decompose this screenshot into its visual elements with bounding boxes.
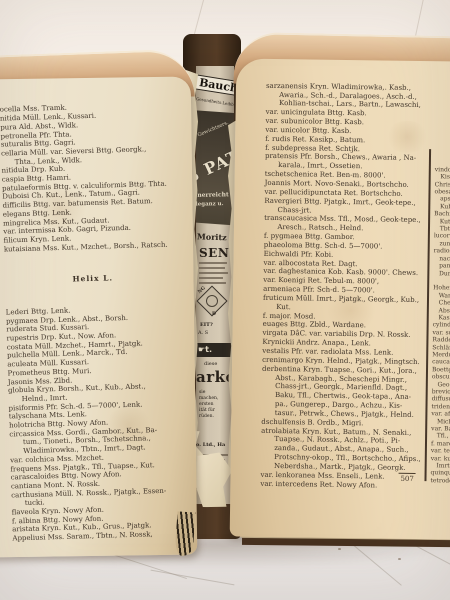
ad-unerreicht: Unerreicht	[196, 191, 229, 199]
ad-diese: diese	[204, 361, 217, 367]
left-page: ocella Mss. Tramk.nitida Müll. Lenk., Ku…	[0, 77, 197, 558]
list-line: var. intercedens Ret. Nowy Afon.	[260, 479, 416, 490]
page-number: 507	[398, 473, 416, 483]
ad-lozenge-seal	[204, 293, 221, 310]
next-page-edge-line	[424, 149, 431, 481]
ad-diagonal-big: S PATE	[196, 140, 234, 187]
spine-ad-strip: Bauch Gesundheits-Leibb % Gewichtsers. S…	[196, 66, 234, 504]
ad-headline: Bauch	[196, 74, 234, 96]
ad-subline: Gesundheits-Leibb	[196, 96, 234, 107]
ad-smallprint-lines: sie machen, ersten ität für rüden.	[199, 390, 218, 420]
ad-eleganz: Eleganz u.	[196, 201, 224, 208]
helix-heading: Helix L.	[5, 272, 181, 286]
ad-emblem-text-bottom: D	[212, 312, 216, 317]
surface-scratch	[151, 570, 235, 586]
ad-smallprint-bar	[199, 277, 223, 279]
right-species-list: sarzanensis Kryn. Wladimirowka,. Kasb., …	[260, 64, 422, 508]
species-column: sarzanensis Kryn. Wladimirowka,. Kasb., …	[260, 82, 422, 491]
ad-smallprint-bar	[199, 267, 225, 269]
ad-black-band: ☛t.	[196, 343, 234, 357]
next-page-column: vindobone Kisl.Christophobesata apse. Ku…	[430, 166, 450, 485]
left-species-list: ocella Mss. Tramk.nitida Müll. Lenk., Ku…	[0, 83, 189, 560]
ad-eit-line: EIT?	[200, 322, 213, 328]
book-photo: Bauch Gesundheits-Leibb % Gewichtsers. S…	[0, 0, 450, 600]
ad-smallprint-bar	[199, 282, 226, 284]
ad-band-text: t.	[205, 345, 212, 354]
species-section-2: Lederi Bttg. Lenk.pygmaea Drp. Lenk., Ab…	[6, 303, 189, 543]
ad-marke: arke	[196, 368, 234, 386]
ad-diagonal-small: % Gewichtsers.	[196, 120, 229, 141]
ad-dark-panel: % Gewichtsers. S PATE Unerreicht Eleganz…	[196, 110, 234, 225]
ad-smallprint-bar	[199, 272, 228, 274]
list-line: Dum	[433, 270, 450, 278]
right-page: sarzanensis Kryn. Wladimirowka,. Kasb., …	[230, 58, 450, 539]
list-line: tetrodon	[430, 477, 450, 485]
ad-smallprint-bar	[199, 262, 227, 264]
species-section-1: ocella Mss. Tramk.nitida Müll. Lenk., Ku…	[0, 101, 180, 254]
next-page-text-strip: vindobone Kisl.Christophobesata apse. Ku…	[430, 151, 450, 500]
ad-moritz: Moritz M	[197, 231, 234, 242]
ad-company-line: o. Ltd., Ha	[196, 442, 225, 448]
ad-sen: SEN	[199, 246, 229, 260]
ad-as-line: A. S	[198, 330, 208, 336]
